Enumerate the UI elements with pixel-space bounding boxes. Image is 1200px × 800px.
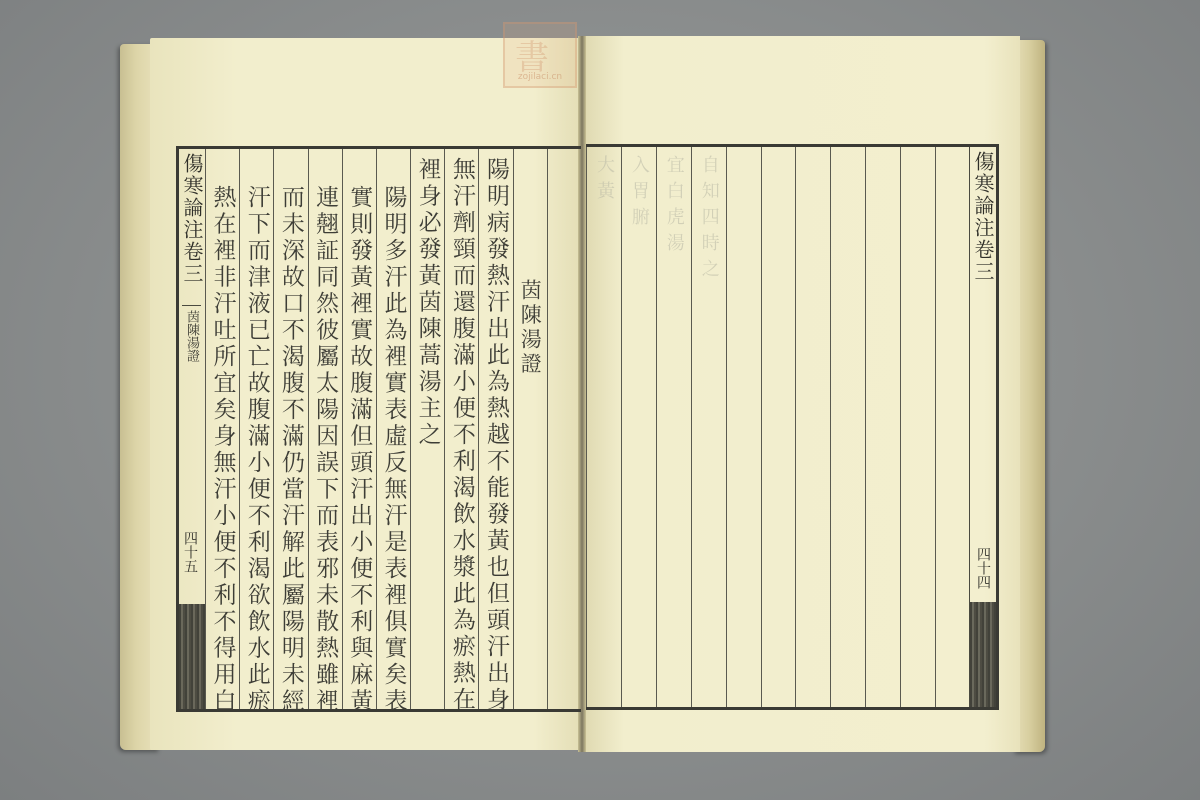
left-margin-title: 傷寒論注卷三 (181, 153, 203, 285)
text-column (900, 147, 935, 707)
text-column (547, 149, 581, 709)
bleed-through-column: 自知四時之 (691, 147, 726, 707)
right-page-number: 四十四 (973, 547, 993, 589)
text-column (761, 147, 796, 707)
left-margin-fishtail (179, 604, 205, 709)
bleed-through-column: 入胃腑 (621, 147, 656, 707)
bleed-through-column: 大黃 (586, 147, 621, 707)
text-column: 實則發黃裡實故腹滿但頭汗出小便不利與麻黃 (342, 149, 376, 709)
text-column: 陽明多汗此為裡實表虛反無汗是表裡俱實矣表 (376, 149, 410, 709)
right-margin-title: 傷寒論注卷三 (972, 151, 994, 283)
text-column: 無汗劑頸而還腹滿小便不利渴飲水漿此為瘀熱在 (444, 149, 478, 709)
text-column (726, 147, 761, 707)
text-column: 裡身必發黃茵陳蒿湯主之 (410, 149, 444, 709)
right-text-columns: 自知四時之 宜白虎湯 入胃腑 大黃 (586, 147, 970, 707)
left-page-number: 四十五 (180, 531, 200, 573)
bleed-through-column: 宜白虎湯 (656, 147, 691, 707)
text-column (865, 147, 900, 707)
right-page-frame: 傷寒論注卷三 四十四 自知四時之 宜白虎湯 入胃腑 大黃 (586, 144, 999, 710)
open-book: 傷寒論注卷三 茵陳湯證 四十五 茵陳湯證 陽明病發熱汗出此為熱越不能發黃也但頭汗… (120, 32, 1045, 758)
left-page-frame: 傷寒論注卷三 茵陳湯證 四十五 茵陳湯證 陽明病發熱汗出此為熱越不能發黃也但頭汗… (176, 146, 581, 712)
text-column: 熱在裡非汗吐所宜矣身無汗小便不利不得用白 (205, 149, 239, 709)
section-heading: 茵陳湯證 (517, 279, 543, 377)
seal-glyph: 書 (515, 30, 549, 79)
text-column (795, 147, 830, 707)
left-page-margin: 傷寒論注卷三 茵陳湯證 四十五 (179, 149, 206, 709)
text-column: 陽明病發熱汗出此為熱越不能發黃也但頭汗出身 (478, 149, 512, 709)
text-column: 而未深故口不渴腹不滿仍當汗解此屬陽明未經 (273, 149, 307, 709)
right-page-margin: 傷寒論注卷三 四十四 (969, 147, 996, 707)
text-column: 茵陳湯證 (513, 149, 547, 709)
left-margin-section: 茵陳湯證 (182, 305, 201, 362)
text-column (830, 147, 865, 707)
right-margin-fishtail (970, 602, 996, 707)
library-seal-watermark: 書 zojilaci.cn (503, 22, 577, 88)
text-column (935, 147, 970, 707)
text-column: 汗下而津液已亡故腹滿小便不利渴欲飲水此瘀 (239, 149, 273, 709)
left-text-columns: 茵陳湯證 陽明病發熱汗出此為熱越不能發黃也但頭汗出身 無汗劑頸而還腹滿小便不利渴… (205, 149, 581, 709)
text-column: 連翹証同然彼屬太陽因誤下而表邪未散熱雖裡 (308, 149, 342, 709)
